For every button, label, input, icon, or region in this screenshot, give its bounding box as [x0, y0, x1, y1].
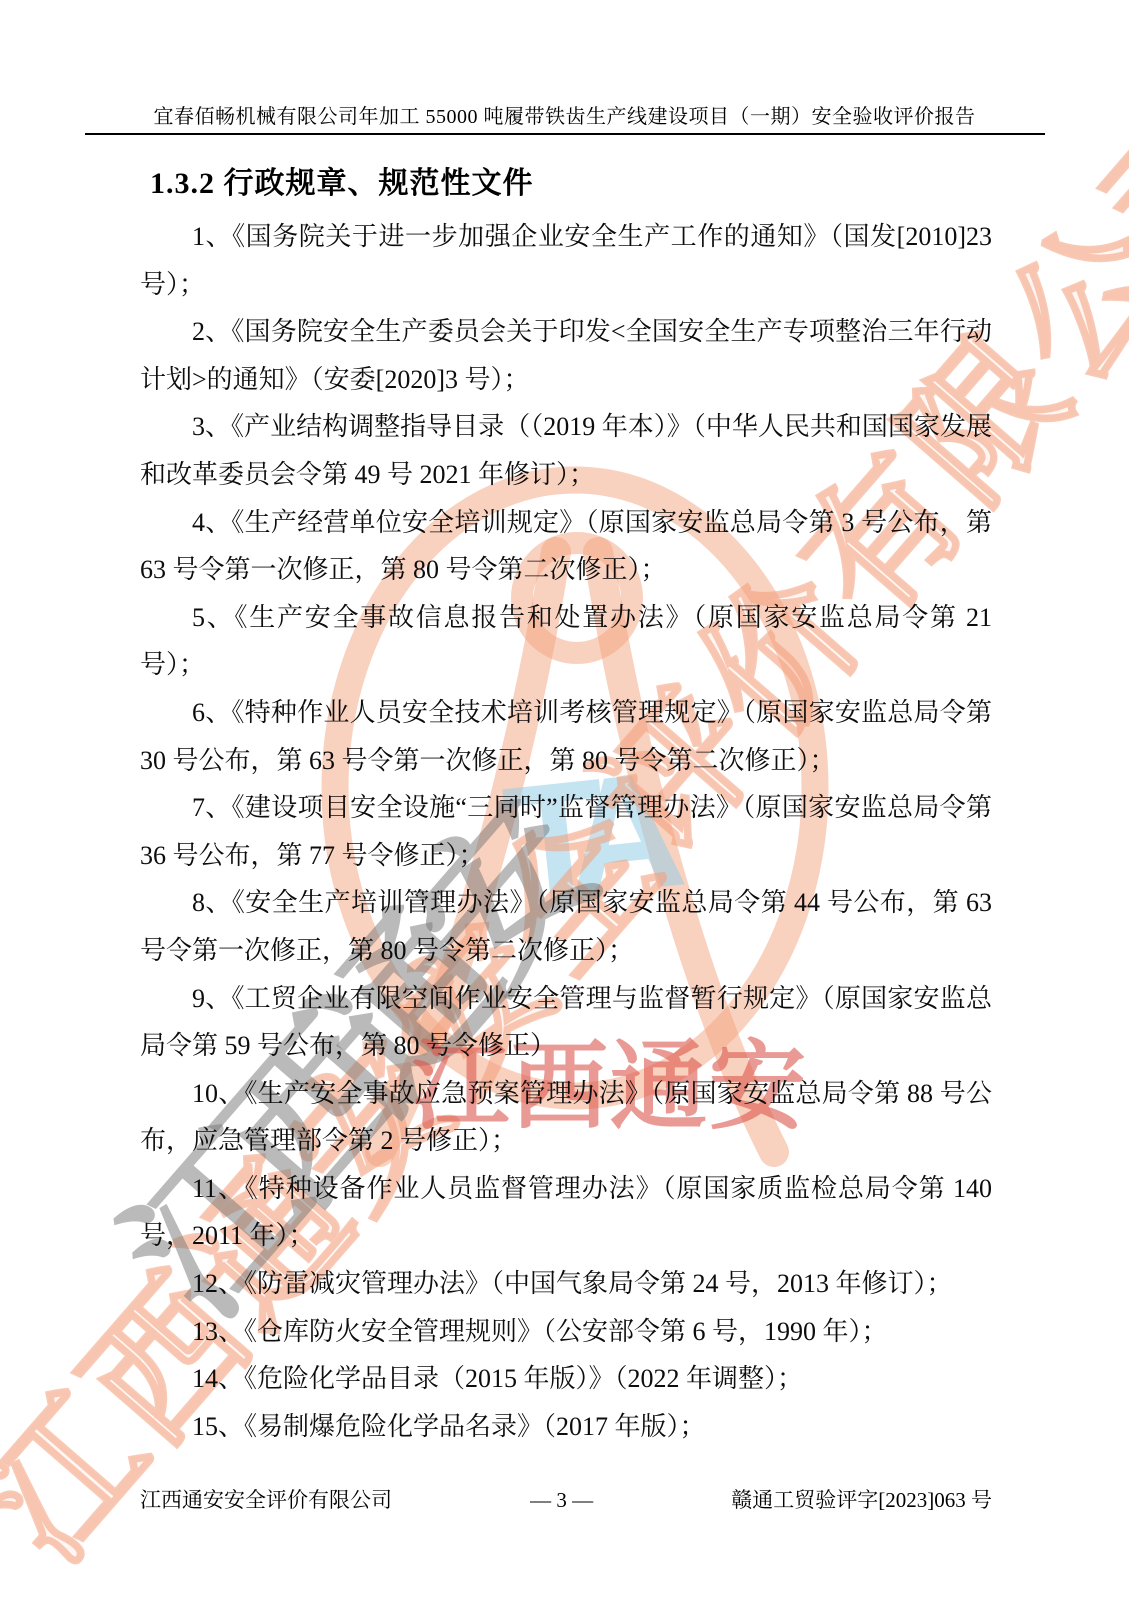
header-rule	[85, 133, 1045, 135]
document-content: 宜春佰畅机械有限公司年加工 55000 吨履带铁齿生产线建设项目（一期）安全验收…	[0, 0, 1129, 1600]
regulation-item: 14、《危险化学品目录（2015 年版）》（2022 年调整）；	[140, 1355, 992, 1403]
regulation-item: 12、《防雷减灾管理办法》（中国气象局令第 24 号，2013 年修订）；	[140, 1260, 992, 1308]
regulation-item: 4、《生产经营单位安全培训规定》（原国家安监总局令第 3 号公布，第 63 号令…	[140, 499, 992, 594]
report-page: TA 江西通安安全评价有限公司 江西通安 江西通安 宜春佰畅机械有限公司年加工 …	[0, 0, 1129, 1600]
regulation-item: 6、《特种作业人员安全技术培训考核管理规定》（原国家安监总局令第 30 号公布，…	[140, 689, 992, 784]
footer-doc-number: 赣通工贸验评字[2023]063 号	[731, 1484, 992, 1514]
regulation-item: 15、《易制爆危险化学品名录》（2017 年版）；	[140, 1403, 992, 1451]
page-header-title: 宜春佰畅机械有限公司年加工 55000 吨履带铁齿生产线建设项目（一期）安全验收…	[0, 100, 1129, 129]
regulation-item: 2、《国务院安全生产委员会关于印发<全国安全生产专项整治三年行动计划>的通知》（…	[140, 308, 992, 403]
regulation-item: 9、《工贸企业有限空间作业安全管理与监督暂行规定》（原国家安监总局令第 59 号…	[140, 975, 992, 1070]
footer-company-name: 江西通安安全评价有限公司	[140, 1484, 392, 1514]
regulation-item: 11、《特种设备作业人员监督管理办法》（原国家质监检总局令第 140 号，201…	[140, 1165, 992, 1260]
regulation-item: 1、《国务院关于进一步加强企业安全生产工作的通知》（国发[2010]23 号）；	[140, 213, 992, 308]
section-heading: 1.3.2 行政规章、规范性文件	[150, 158, 534, 202]
regulation-item: 3、《产业结构调整指导目录（（2019 年本）》（中华人民共和国国家发展和改革委…	[140, 403, 992, 498]
regulation-item: 8、《安全生产培训管理办法》（原国家安监总局令第 44 号公布，第 63 号令第…	[140, 879, 992, 974]
footer-page-number: — 3 —	[530, 1488, 593, 1513]
regulation-item: 10、《生产安全事故应急预案管理办法》（原国家安监总局令第 88 号公布，应急管…	[140, 1070, 992, 1165]
regulation-item: 13、《仓库防火安全管理规则》（公安部令第 6 号，1990 年）；	[140, 1308, 992, 1356]
regulation-item: 7、《建设项目安全设施“三同时”监督管理办法》（原国家安监总局令第 36 号公布…	[140, 784, 992, 879]
regulation-list: 1、《国务院关于进一步加强企业安全生产工作的通知》（国发[2010]23 号）；…	[140, 213, 992, 1450]
regulation-item: 5、《生产安全事故信息报告和处置办法》（原国家安监总局令第 21 号）；	[140, 594, 992, 689]
page-footer: 江西通安安全评价有限公司 — 3 — 赣通工贸验评字[2023]063 号	[140, 1484, 992, 1514]
